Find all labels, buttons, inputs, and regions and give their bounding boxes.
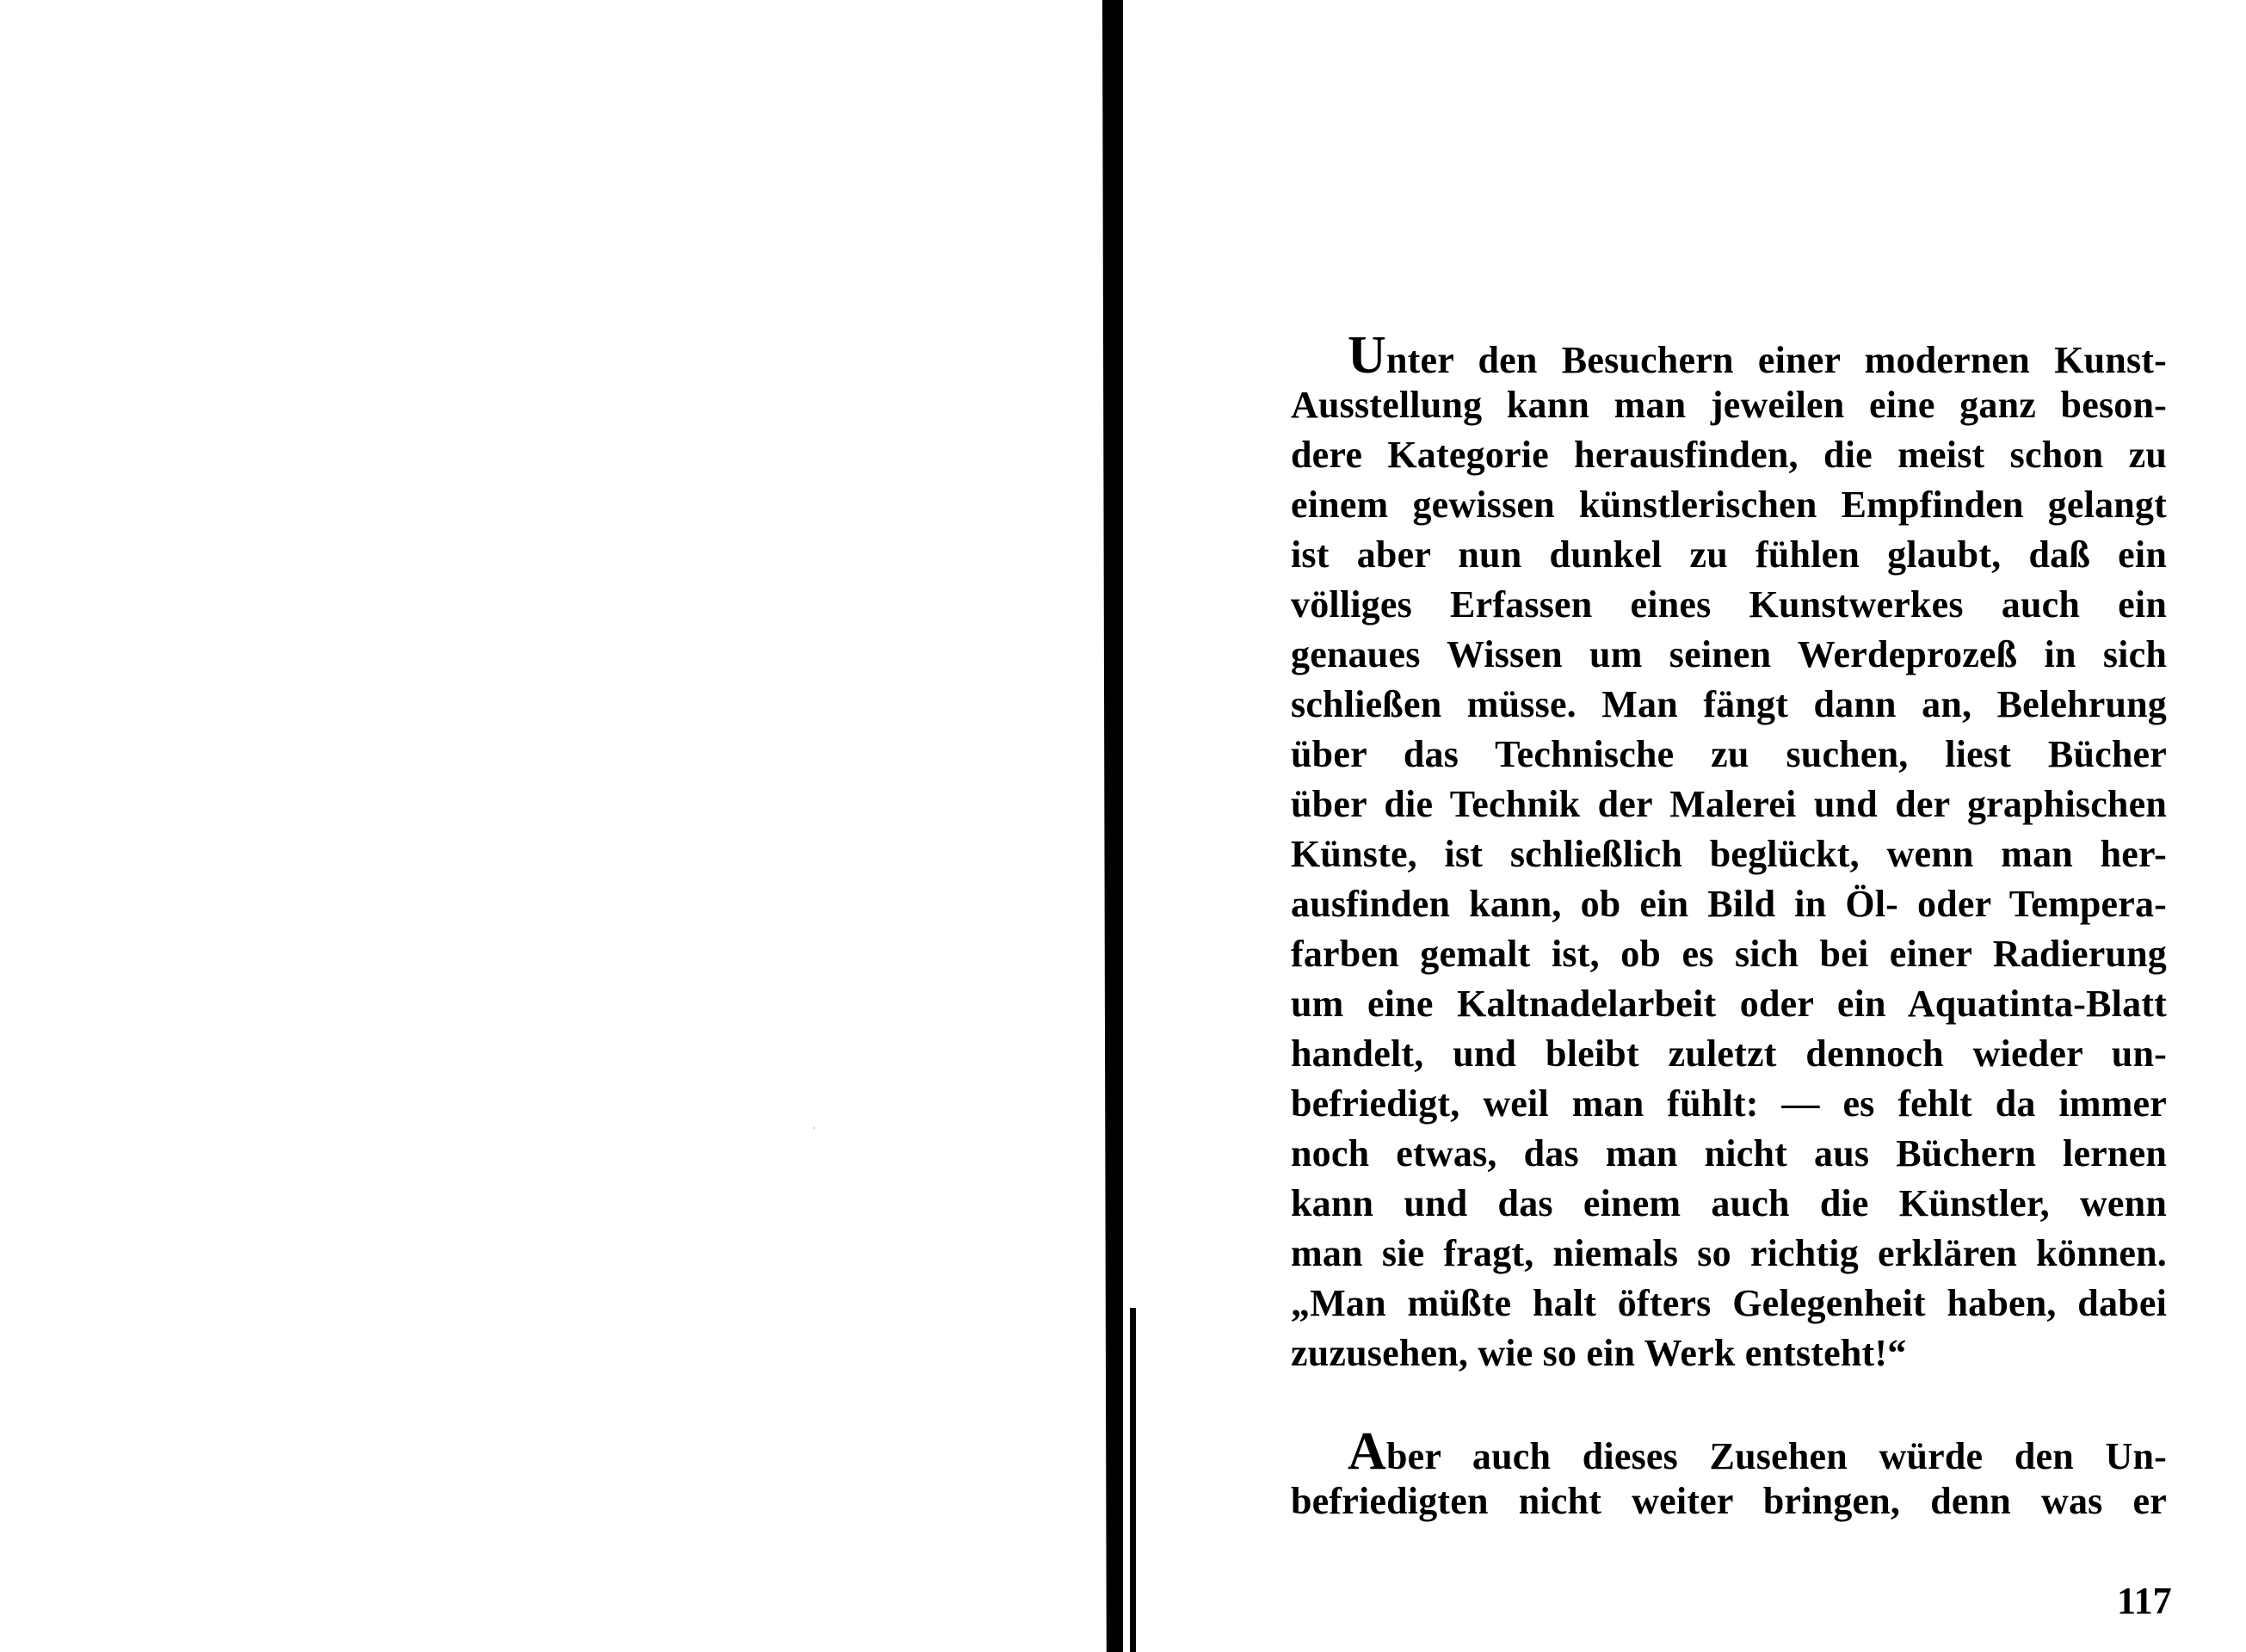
text-line: noch etwas, das man nicht aus Büchern le… xyxy=(1291,1129,2167,1179)
page-number: 117 xyxy=(2117,1580,2170,1623)
text-line: völliges Erfassen eines Kunstwerkes auch… xyxy=(1291,580,2167,630)
body-text: Unter den Besuchern einer modernen Kunst… xyxy=(1291,330,2167,1526)
text-line: ist aber nun dunkel zu fühlen glaubt, da… xyxy=(1291,530,2167,580)
text-line: befriedigt, weil man fühlt: — es fehlt d… xyxy=(1291,1079,2167,1129)
text-line: Aber auch dieses Zusehen würde den Un- xyxy=(1291,1427,2167,1476)
text-line: um eine Kaltnadelarbeit oder ein Aquatin… xyxy=(1291,979,2167,1029)
text-line: dere Kategorie herausfinden, die meist s… xyxy=(1291,430,2167,480)
text-line: Unter den Besuchern einer modernen Kunst… xyxy=(1291,330,2167,380)
text-line: über das Technische zu suchen, liest Büc… xyxy=(1291,730,2167,780)
text-line: farben gemalt ist, ob es sich bei einer … xyxy=(1291,929,2167,979)
text-line: man sie fragt, niemals so richtig erklär… xyxy=(1291,1229,2167,1279)
right-page: Unter den Besuchern einer modernen Kunst… xyxy=(1136,0,2246,1652)
paragraph-gap xyxy=(1291,1378,2167,1427)
text-line: Ausstellung kann man jeweilen eine ganz … xyxy=(1291,380,2167,430)
text-line: zuzusehen, wie so ein Werk entsteht!“ xyxy=(1291,1328,2167,1378)
book-gutter-shadow xyxy=(1102,0,1123,1652)
text-line: kann und das einem auch die Künstler, we… xyxy=(1291,1179,2167,1229)
text-line: „Man müßte halt öfters Gelegenheit haben… xyxy=(1291,1279,2167,1328)
left-page-blank xyxy=(0,0,1101,1652)
text-line: Künste, ist schließlich beglückt, wenn m… xyxy=(1291,829,2167,879)
text-line: über die Technik der Malerei und der gra… xyxy=(1291,780,2167,829)
paper-speck xyxy=(813,1127,815,1129)
text-line: ausfinden kann, ob ein Bild in Öl- oder … xyxy=(1291,879,2167,929)
text-line: befriedigten nicht weiter bringen, denn … xyxy=(1291,1476,2167,1526)
text-line: handelt, und bleibt zuletzt dennoch wied… xyxy=(1291,1029,2167,1079)
paragraph-initial: A xyxy=(1348,1422,1386,1481)
book-gutter-inner-line xyxy=(1130,1308,1136,1652)
text-line: genaues Wissen um seinen Werdeprozeß in … xyxy=(1291,630,2167,680)
text-line: einem gewissen künstlerischen Empfinden … xyxy=(1291,480,2167,530)
paragraph-initial: U xyxy=(1348,326,1386,385)
text-line: schließen müsse. Man fängt dann an, Bele… xyxy=(1291,680,2167,730)
